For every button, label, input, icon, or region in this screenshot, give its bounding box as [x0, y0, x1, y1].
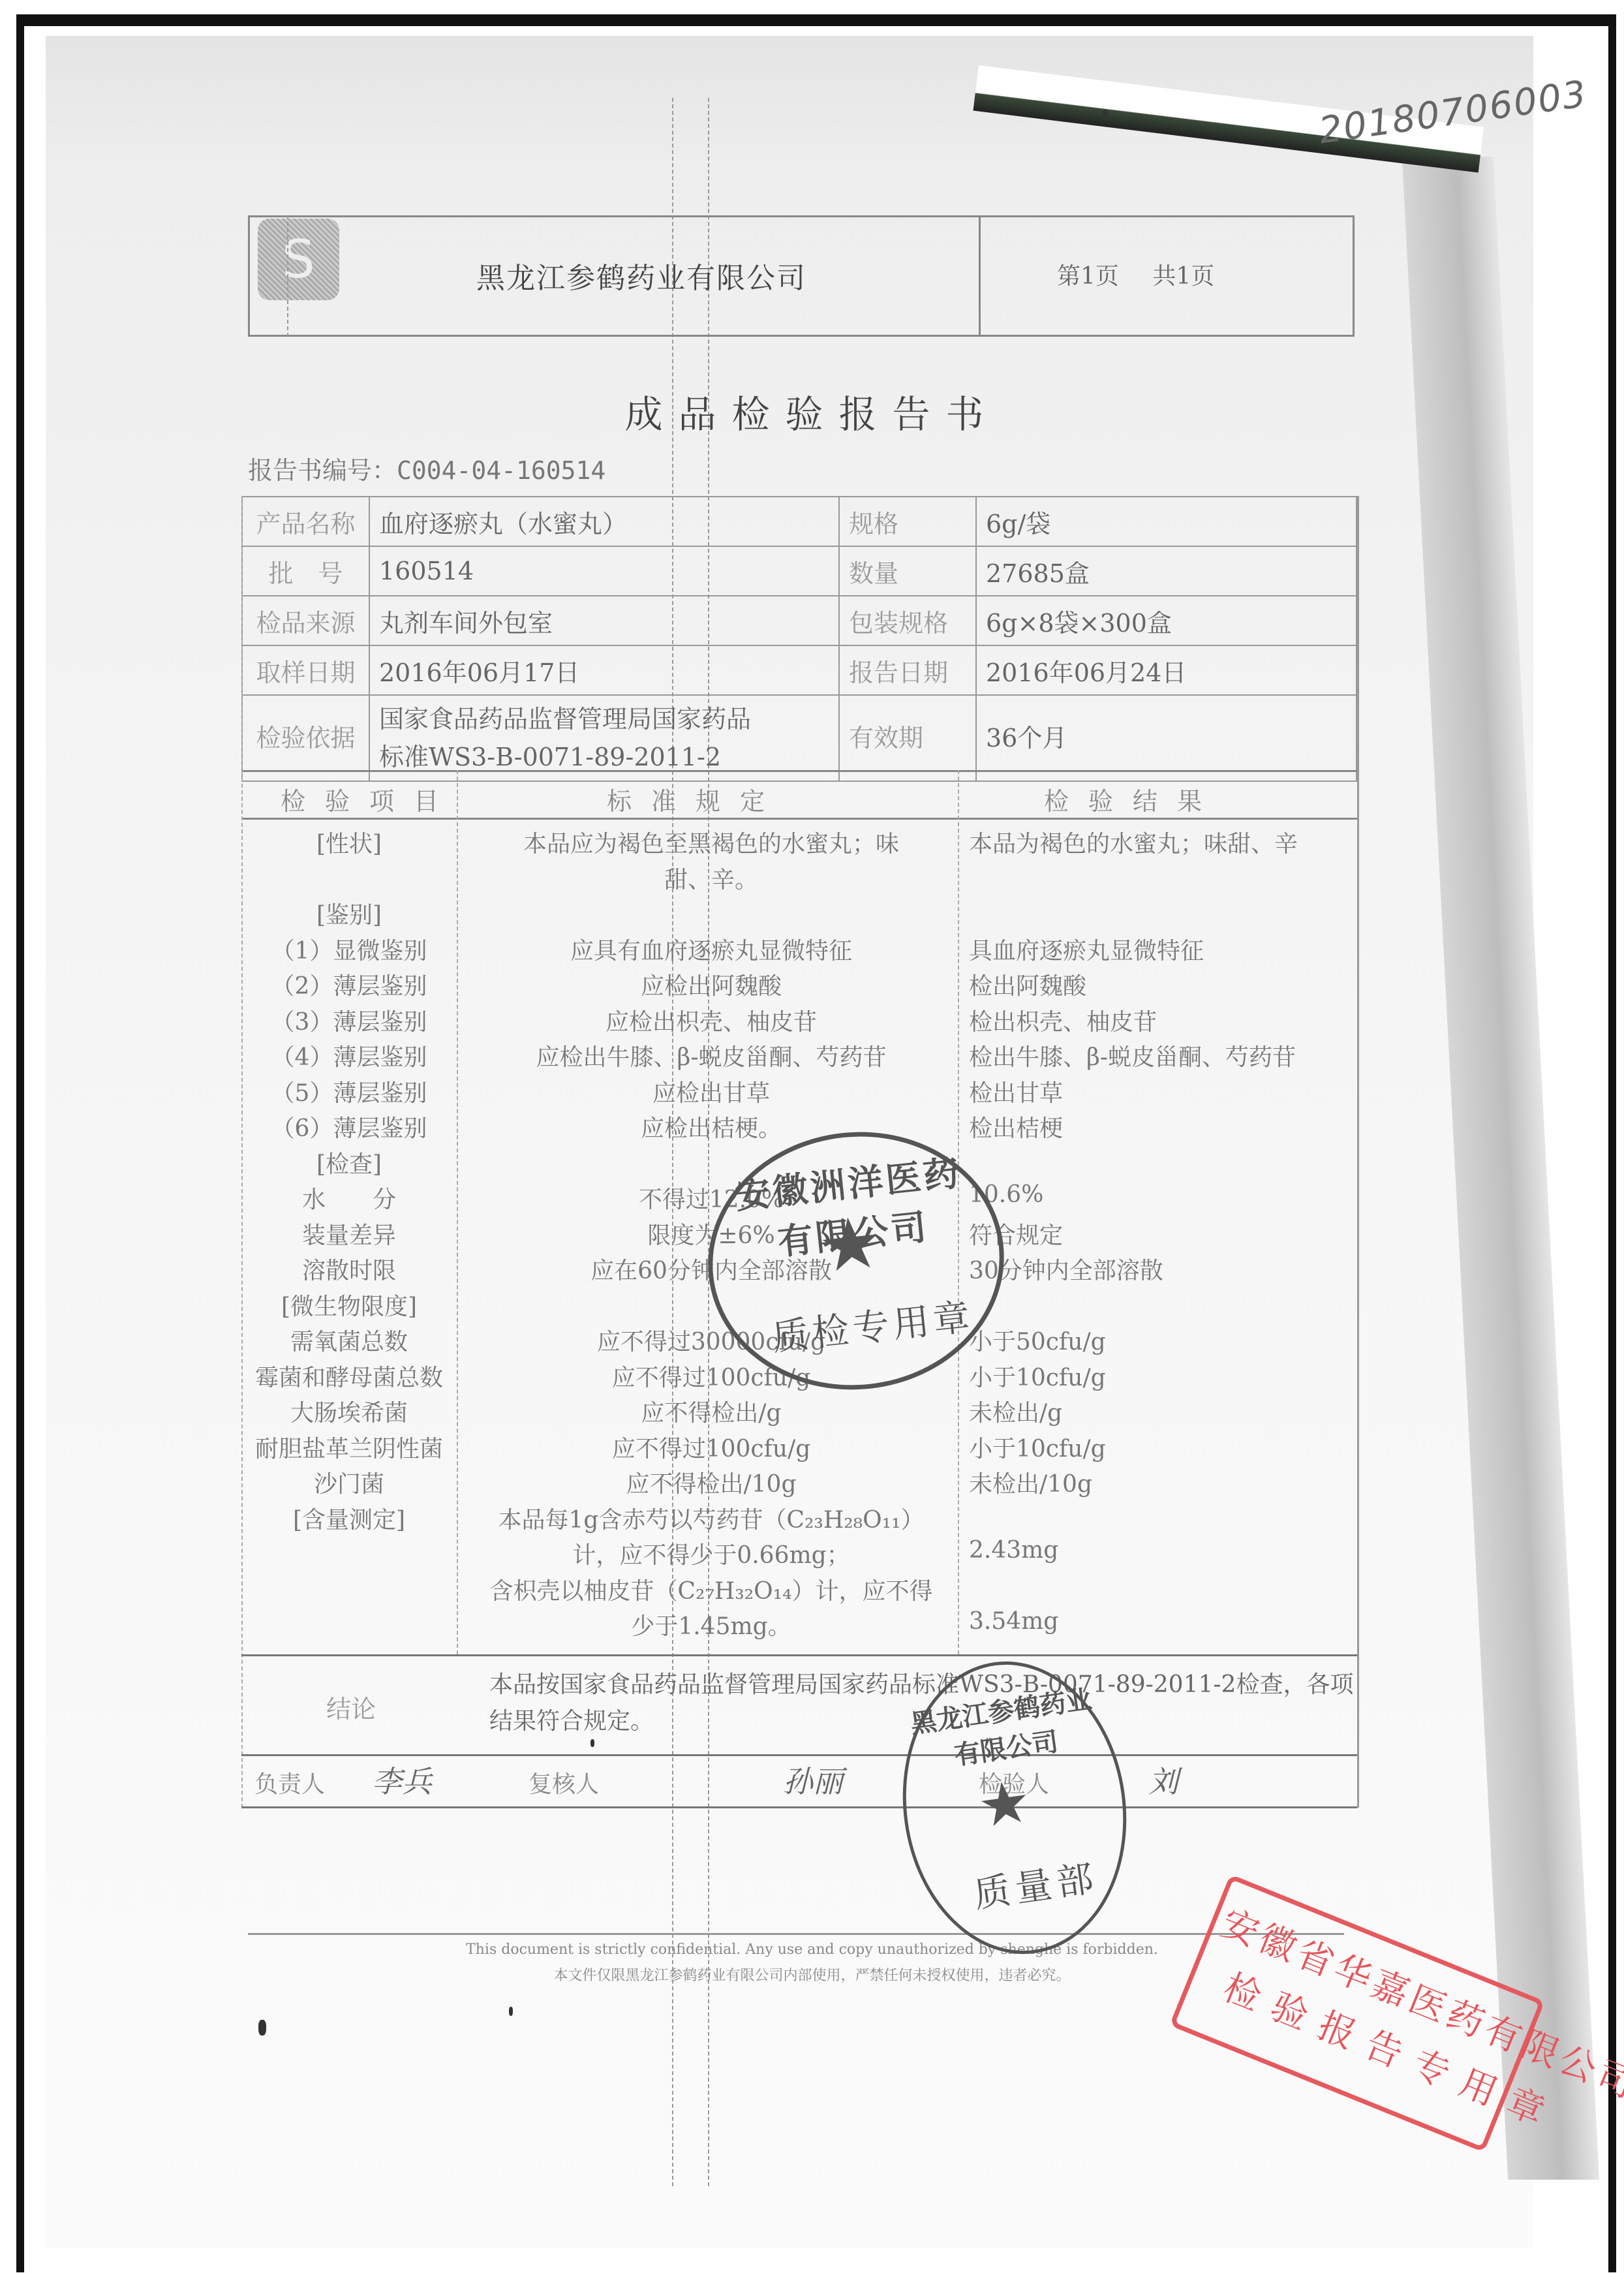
result-item: 耐胆盐革兰阴性菌 — [241, 1430, 457, 1464]
scan-speck — [1103, 110, 1108, 119]
column-divider — [457, 770, 458, 1654]
label: 数量 — [839, 546, 976, 596]
result-item: 溶散时限 — [241, 1252, 457, 1286]
result-item: （4）薄层鉴别 — [241, 1039, 457, 1072]
scan-border — [16, 14, 1608, 26]
scan-border — [1608, 14, 1616, 2272]
company-name: 黑龙江参鹤药业有限公司 — [476, 255, 806, 296]
result-value: 3.54mg — [969, 1608, 1360, 1635]
reviewer-label: 复核人 — [529, 1766, 599, 1799]
header-standard: 标准规定 — [607, 781, 784, 817]
sample-source: 丸剂车间外包室 — [369, 596, 839, 645]
result-standard: 应具有血府逐瘀丸显微特征 — [473, 933, 949, 966]
result-value: 检出牛膝、β-蜕皮甾酮、芍药苷 — [969, 1039, 1360, 1072]
result-standard: 应不得检出/g — [473, 1395, 949, 1428]
star-icon: ★ — [814, 1199, 887, 1290]
scan-border — [16, 14, 24, 2272]
results-header: 检验项目 标准规定 检验结果 — [241, 770, 1357, 820]
divider — [979, 215, 981, 337]
result-item: （5）薄层鉴别 — [241, 1075, 457, 1108]
result-standard: 甜、辛。 — [473, 861, 949, 895]
label: 检验依据 — [242, 695, 369, 781]
result-item: 需氧菌总数 — [241, 1323, 457, 1357]
scan-speck — [258, 2020, 266, 2035]
result-value: 10.6% — [969, 1181, 1360, 1208]
shenghe-logo-icon: S — [258, 219, 339, 300]
result-value: 具血府逐瘀丸显微特征 — [969, 933, 1360, 966]
validity: 36个月 — [976, 695, 1356, 781]
page-info: 第1页 共1页 — [1057, 258, 1214, 291]
result-item: 霉菌和酵母菌总数 — [241, 1359, 457, 1393]
responsible-label: 负责人 — [254, 1766, 325, 1799]
result-value: 检出甘草 — [969, 1075, 1360, 1108]
quality-stamp-bottom-text: 质量部 — [970, 1849, 1101, 1919]
result-standard: 应不得过100cfu/g — [473, 1430, 949, 1464]
result-item: （3）薄层鉴别 — [241, 1004, 457, 1037]
result-standard: 应不得检出/10g — [473, 1466, 949, 1499]
result-value: 小于10cfu/g — [969, 1359, 1360, 1393]
result-value: 未检出/g — [969, 1395, 1360, 1428]
label: 报告日期 — [839, 645, 976, 695]
result-item: [微生物限度] — [241, 1288, 457, 1322]
result-item: [鉴别] — [241, 897, 457, 930]
result-standard: 本品每1g含赤芍以芍药苷（C₂₃H₂₈O₁₁） — [473, 1502, 949, 1535]
test-basis-line1: 国家食品药品监督管理局国家药品 — [379, 700, 829, 738]
result-item: [含量测定] — [241, 1502, 457, 1535]
qc-stamp-center-text: 质检专用章 — [769, 1288, 976, 1361]
product-info-table: 产品名称 血府逐瘀丸（水蜜丸） 规格 6g/袋 批 号 160514 数量 27… — [241, 496, 1357, 782]
result-standard: 计，应不得少于0.66mg； — [473, 1537, 949, 1570]
signature-row: 负责人 李兵 复核人 孙丽 检验人 刘 — [241, 1754, 1357, 1808]
document-title: 成品检验报告书 — [0, 384, 1624, 439]
result-item: （2）薄层鉴别 — [241, 968, 457, 1001]
result-value: 检出枳壳、柚皮苷 — [969, 1004, 1360, 1037]
result-item: （6）薄层鉴别 — [241, 1110, 457, 1143]
label: 检品来源 — [242, 596, 369, 645]
result-value: 小于10cfu/g — [969, 1430, 1360, 1464]
quantity: 27685盒 — [976, 546, 1356, 596]
label: 有效期 — [839, 695, 976, 781]
result-standard: 本品应为褐色至黑褐色的水蜜丸；味 — [473, 826, 949, 859]
result-standard: 含枳壳以柚皮苷（C₂₇H₃₂O₁₄）计，应不得 — [473, 1573, 949, 1606]
result-item: 大肠埃希菌 — [241, 1395, 457, 1428]
result-standard: 应检出甘草 — [473, 1075, 949, 1108]
result-value: 2.43mg — [969, 1537, 1360, 1564]
package-spec: 6g×8袋×300盒 — [976, 596, 1356, 645]
result-value: 小于50cfu/g — [969, 1323, 1360, 1357]
label: 规格 — [839, 497, 976, 546]
label: 包装规格 — [839, 596, 976, 645]
sampling-date: 2016年06月17日 — [369, 645, 839, 695]
result-value: 本品为褐色的水蜜丸；味甜、辛 — [969, 826, 1360, 859]
result-item: [检查] — [241, 1146, 457, 1179]
product-name: 血府逐瘀丸（水蜜丸） — [369, 497, 839, 546]
spec: 6g/袋 — [976, 497, 1356, 546]
result-item: [性状] — [241, 826, 457, 859]
result-value: 检出阿魏酸 — [969, 968, 1360, 1001]
scan-speck — [590, 1739, 594, 1747]
star-icon: ★ — [973, 1767, 1035, 1842]
label: 取样日期 — [242, 645, 369, 695]
header-item: 检验项目 — [281, 781, 458, 817]
result-value: 检出桔梗 — [969, 1110, 1360, 1143]
result-item: 装量差异 — [241, 1217, 457, 1250]
test-basis: 国家食品药品监督管理局国家药品 标准WS3-B-0071-89-2011-2 — [369, 695, 839, 781]
reviewer-signature: 孙丽 — [783, 1758, 843, 1801]
divider — [287, 215, 288, 337]
scan-speck — [509, 2007, 513, 2016]
result-item: 沙门菌 — [241, 1466, 457, 1499]
label: 产品名称 — [242, 497, 369, 546]
result-item: （1）显微鉴别 — [241, 933, 457, 966]
conclusion-label: 结论 — [326, 1689, 376, 1725]
result-standard: 应检出牛膝、β-蜕皮甾酮、芍药苷 — [473, 1039, 949, 1072]
report-number: 报告书编号：C004-04-160514 — [248, 450, 605, 486]
responsible-signature: 李兵 — [372, 1758, 432, 1801]
result-standard: 少于1.45mg。 — [473, 1608, 949, 1641]
header-result: 检验结果 — [1044, 781, 1221, 817]
result-value: 30分钟内全部溶散 — [969, 1252, 1360, 1286]
inspector-signature: 刘 — [1148, 1758, 1178, 1801]
label: 批 号 — [242, 546, 369, 596]
result-value: 未检出/10g — [969, 1466, 1360, 1499]
result-item: 水 分 — [241, 1181, 457, 1214]
result-standard: 应检出阿魏酸 — [473, 968, 949, 1001]
conclusion-row: 结论 本品按国家食品药品监督管理局国家药品标准WS3-B-0071-89-201… — [241, 1654, 1357, 1756]
footer-divider — [248, 1933, 1344, 1935]
result-standard: 应检出枳壳、柚皮苷 — [473, 1004, 949, 1037]
report-date: 2016年06月24日 — [976, 645, 1356, 695]
result-value: 符合规定 — [969, 1217, 1360, 1250]
batch-number: 160514 — [369, 546, 839, 596]
